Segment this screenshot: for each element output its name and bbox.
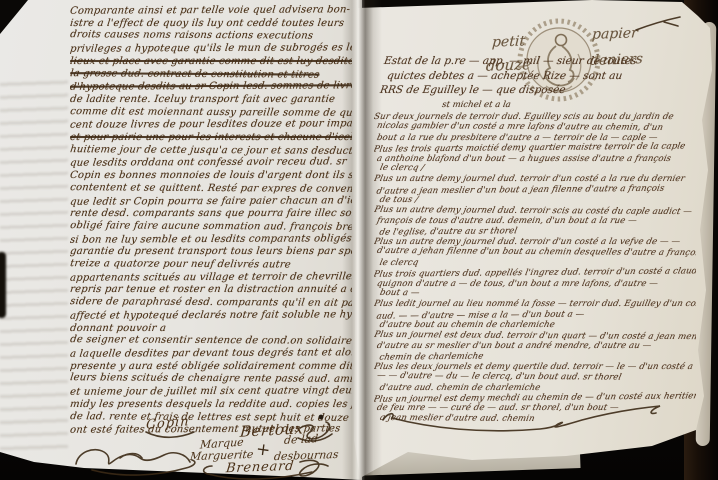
left-page: Comparante ainsi et par telle voie quel … [0,0,362,480]
handwritten-line: repris par tenue et roster en la distrac… [70,284,352,297]
handwritten-line: lieux et place avec garantie comme dit e… [70,56,352,69]
handwritten-line: d'autre a jehan filenne d'un bout au che… [374,246,696,259]
handwritten-line: de ladite rente. Iceluy transport fait a… [70,94,352,107]
bleed-through-text [0,78,68,450]
handwritten-line: a laquelle desdites par devant tous degr… [70,347,352,361]
page-edge-notch [0,252,6,318]
handwritten-line: a jean meslier d'autre aud. chemin [374,413,696,426]
left-page-text: Comparante ainsi et par telle voie quel … [70,5,352,435]
handwritten-line: quictes debtes a — acheptée Rize — sont … [386,69,705,84]
handwritten-line: garantie du present transport tous leurs… [70,246,352,259]
handwritten-line: contentent et se quittent. Resté par exp… [70,182,352,196]
handwritten-line: treize a quatorze pour neuf delivrés aut… [70,258,352,272]
handwritten-line: obligé faire faire aucune sommation aud.… [70,220,352,234]
handwritten-line: si bon ne luy semble et ou lesdits compa… [70,233,352,247]
handwritten-line: donnant pouvoir a [70,323,352,336]
handwritten-line: Estat de la p.re — app. — mil — sieur de… [383,54,705,69]
handwritten-line: et unieme jour de juillet mil six cent q… [70,385,352,399]
handwritten-line: — — d'autre — du — le clercq, d'un bout … [374,371,696,384]
handwritten-line: RRS de Eguilley le — que disposée [379,83,705,98]
handwritten-line: st michel et a la [441,98,705,113]
handwritten-line: que lesdits orddana ont confessé avoir r… [70,157,352,171]
handwritten-line: d'hypoteque desdits au sr Copin lesd. so… [70,80,352,94]
handwritten-line: Copin es bonnes monnoies de louis d'arge… [70,170,352,183]
handwritten-line: de tous / [374,195,696,205]
mark-label-de-lad: de lad [283,432,318,447]
signature-cross-mark: + [255,439,272,461]
handwritten-line: rente desd. comparants sans que pourra f… [70,208,352,221]
handwritten-line: et pour pairie une pour les interests et… [70,132,352,145]
handwritten-line: cent douze livres de pour lesdites douze… [70,119,352,133]
manuscript-scan: Comparante ainsi et par telle voie quel … [0,0,718,480]
right-page: petit papier douze deniers Estat de la p… [352,0,718,480]
handwritten-line: d'autre bout au chemin de charlemiche [374,320,696,330]
right-page-text: Sur deux journels de terroir dud. Eguill… [374,112,696,428]
handwritten-line: affecté et hypotequé declarés notre fait… [70,309,352,323]
right-page-heading: Estat de la p.re — app. — mil — sieur de… [384,54,704,112]
handwritten-line: que ledit sr Copin pourra se faire paier… [70,195,352,209]
signature-breneard: Breneard [225,459,295,476]
handwritten-line: Comparante ainsi et par telle voie quel … [70,5,352,18]
handwritten-line: privileges a hypoteque qu'ils le mun de … [70,42,352,56]
handwritten-line: midy les presents desquels la reddite au… [70,399,352,412]
